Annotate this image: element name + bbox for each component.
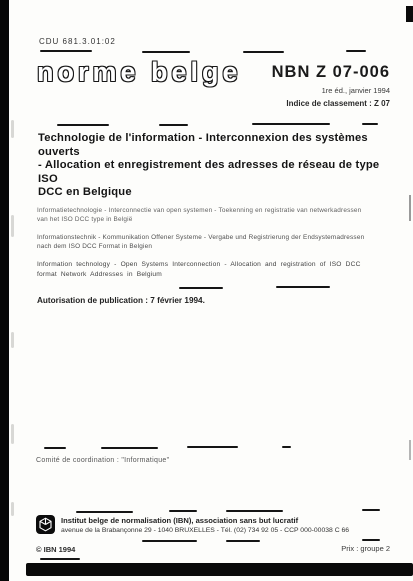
rule-dash bbox=[362, 123, 378, 125]
publisher-name-line: Institut belge de normalisation (IBN), a… bbox=[61, 516, 298, 525]
coordination-committee: Comité de coordination : "Informatique" bbox=[36, 457, 169, 464]
title-english: Information technology - Open Systems In… bbox=[37, 260, 395, 279]
scan-right-noise bbox=[409, 195, 411, 221]
rule-dash bbox=[142, 51, 190, 53]
rule-dash bbox=[362, 509, 380, 511]
classification-index: Indice de classement : Z 07 bbox=[286, 99, 390, 108]
rule-dash bbox=[159, 124, 188, 126]
standard-number: NBN Z 07-006 bbox=[272, 63, 390, 82]
scan-noise bbox=[11, 502, 14, 516]
rule-dash bbox=[179, 287, 223, 289]
scan-left-edge-bar bbox=[0, 0, 9, 581]
title-dutch: Informatietechnologie - Interconnectie v… bbox=[37, 206, 395, 224]
rule-dash bbox=[40, 50, 92, 52]
title-french: Technologie de l'information - Interconn… bbox=[38, 132, 398, 200]
udc-classification-code: CDU 681.3.01:02 bbox=[39, 37, 116, 46]
scan-noise bbox=[11, 215, 14, 237]
rule-dash bbox=[101, 447, 158, 449]
scan-noise bbox=[11, 332, 14, 348]
title-dutch-line1: Informatietechnologie - Interconnectie v… bbox=[37, 206, 395, 215]
rule-dash bbox=[362, 539, 380, 541]
title-german-line1: Informationstechnik - Kommunikation Offe… bbox=[37, 233, 395, 242]
rule-dash bbox=[226, 540, 260, 542]
rule-dash bbox=[346, 50, 366, 52]
publication-authorization: Autorisation de publication : 7 février … bbox=[37, 296, 205, 305]
rule-dash bbox=[40, 558, 80, 560]
rule-dash bbox=[276, 286, 330, 288]
copyright-notice: © IBN 1994 bbox=[36, 545, 75, 554]
rule-dash bbox=[226, 510, 283, 512]
publisher-address-line: avenue de la Brabançonne 29 - 1040 BRUXE… bbox=[61, 527, 349, 534]
title-german: Informationstechnik - Kommunikation Offe… bbox=[37, 233, 395, 251]
title-english-line2: format Network Addresses in Belgium bbox=[37, 270, 395, 280]
rule-dash bbox=[44, 447, 66, 449]
rule-dash bbox=[243, 51, 284, 53]
rule-dash bbox=[169, 510, 197, 512]
title-german-line2: nach dem ISO DCC Format in Belgien bbox=[37, 242, 395, 251]
rule-dash bbox=[57, 124, 109, 126]
rule-dash bbox=[282, 446, 291, 448]
title-dutch-line2: van het ISO DCC type in België bbox=[37, 215, 395, 224]
scan-noise bbox=[11, 424, 14, 444]
price-group: Prix : groupe 2 bbox=[341, 544, 390, 553]
title-french-line3: DCC en Belgique bbox=[38, 186, 398, 200]
norme-belge-wordmark: norme belge bbox=[37, 57, 242, 88]
scan-bottom-bar bbox=[26, 563, 413, 576]
title-french-line1: Technologie de l'information - Interconn… bbox=[38, 132, 398, 159]
rule-dash bbox=[76, 511, 133, 513]
scan-corner-mark bbox=[406, 6, 413, 22]
title-english-line1: Information technology - Open Systems In… bbox=[37, 260, 395, 270]
edition-date: 1re éd., janvier 1994 bbox=[322, 86, 390, 95]
rule-dash bbox=[142, 540, 197, 542]
scan-noise bbox=[11, 120, 14, 138]
scanned-standard-cover-page: CDU 681.3.01:02 norme belge NBN Z 07-006… bbox=[0, 0, 413, 581]
title-french-line2: - Allocation et enregistrement des adres… bbox=[38, 159, 398, 186]
scan-right-noise bbox=[409, 440, 411, 460]
rule-dash bbox=[252, 123, 330, 125]
rule-dash bbox=[187, 446, 238, 448]
ibn-cube-logo-icon bbox=[36, 515, 55, 539]
